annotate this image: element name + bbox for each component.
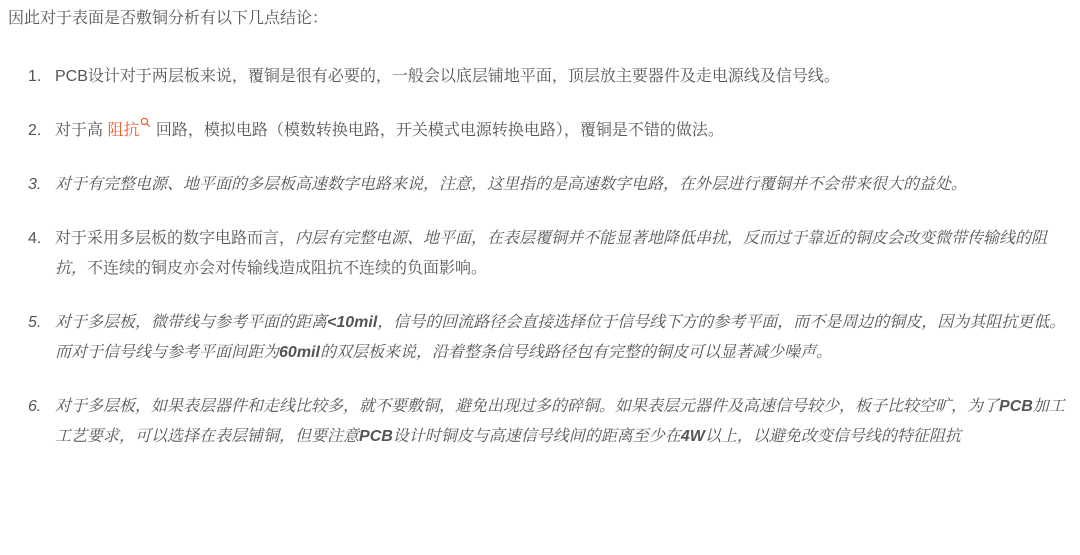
text-segment: PCB (359, 428, 393, 445)
text-segment: 设计时铜皮与高速信号线间的距离至少在 (393, 428, 681, 445)
search-icon (140, 117, 151, 128)
item-number: 2. (28, 116, 52, 146)
item-number: 6. (28, 392, 52, 422)
text-segment: 对于采用多层板的数字电路而言， (55, 230, 295, 247)
text-segment: 4W (681, 428, 705, 445)
text-segment: <10mil (327, 314, 377, 331)
list-item: 4.对于采用多层板的数字电路而言，内层有完整电源、地平面，在表层覆铜并不能显著地… (28, 224, 1066, 284)
item-number: 3. (28, 170, 52, 200)
text-segment: 的双层板来说，沿着整条信号线路径包有完整的铜皮可以显著减少噪声。 (320, 344, 832, 361)
intro-paragraph: 因此对于表面是否敷铜分析有以下几点结论： (8, 8, 1080, 30)
text-segment: PCB (999, 398, 1033, 415)
list-item: 1.PCB设计对于两层板来说，覆铜是很有必要的，一般会以底层铺地平面，顶层放主要… (28, 62, 1066, 92)
item-number: 4. (28, 224, 52, 254)
list-item: 6.对于多层板，如果表层器件和走线比较多，就不要敷铜，避免出现过多的碎铜。如果表… (28, 392, 1066, 452)
text-segment: 60mil (279, 344, 320, 361)
conclusion-list: 1.PCB设计对于两层板来说，覆铜是很有必要的，一般会以底层铺地平面，顶层放主要… (8, 62, 1080, 452)
text-segment: PCB设计对于两层板来说，覆铜是很有必要的，一般会以底层铺地平面，顶层放主要器件… (55, 68, 840, 85)
text-segment: 对于多层板，如果表层器件和走线比较多，就不要敷铜，避免出现过多的碎铜。如果表层元… (55, 398, 999, 415)
text-segment: 对于多层板，微带线与参考平面的距离 (55, 314, 327, 331)
list-item: 2.对于高 阻抗 回路，模拟电路（模数转换电路，开关模式电源转换电路），覆铜是不… (28, 116, 1066, 146)
text-segment: 不连续的铜皮亦会对传输线造成阻抗不连续的负面影响。 (87, 260, 487, 277)
text-segment: 对于高 (55, 122, 107, 139)
item-number: 5. (28, 308, 52, 338)
text-segment: 对于有完整电源、地平面的多层板高速数字电路来说，注意，这里指的是高速数字电路，在… (55, 176, 967, 193)
list-item: 3.对于有完整电源、地平面的多层板高速数字电路来说，注意，这里指的是高速数字电路… (28, 170, 1066, 200)
text-segment: 以上，以避免改变信号线的特征阻抗 (705, 428, 961, 445)
article-body: 因此对于表面是否敷铜分析有以下几点结论： 1.PCB设计对于两层板来说，覆铜是很… (8, 8, 1080, 452)
item-number: 1. (28, 62, 52, 92)
list-item: 5.对于多层板，微带线与参考平面的距离<10mil，信号的回流路径会直接选择位于… (28, 308, 1066, 368)
text-segment: 回路，模拟电路（模数转换电路，开关模式电源转换电路），覆铜是不错的做法。 (151, 122, 723, 139)
article-page: { "colors": { "background": "#ffffff", "… (0, 0, 1080, 555)
impedance-keyword-link[interactable]: 阻抗 (107, 122, 151, 139)
